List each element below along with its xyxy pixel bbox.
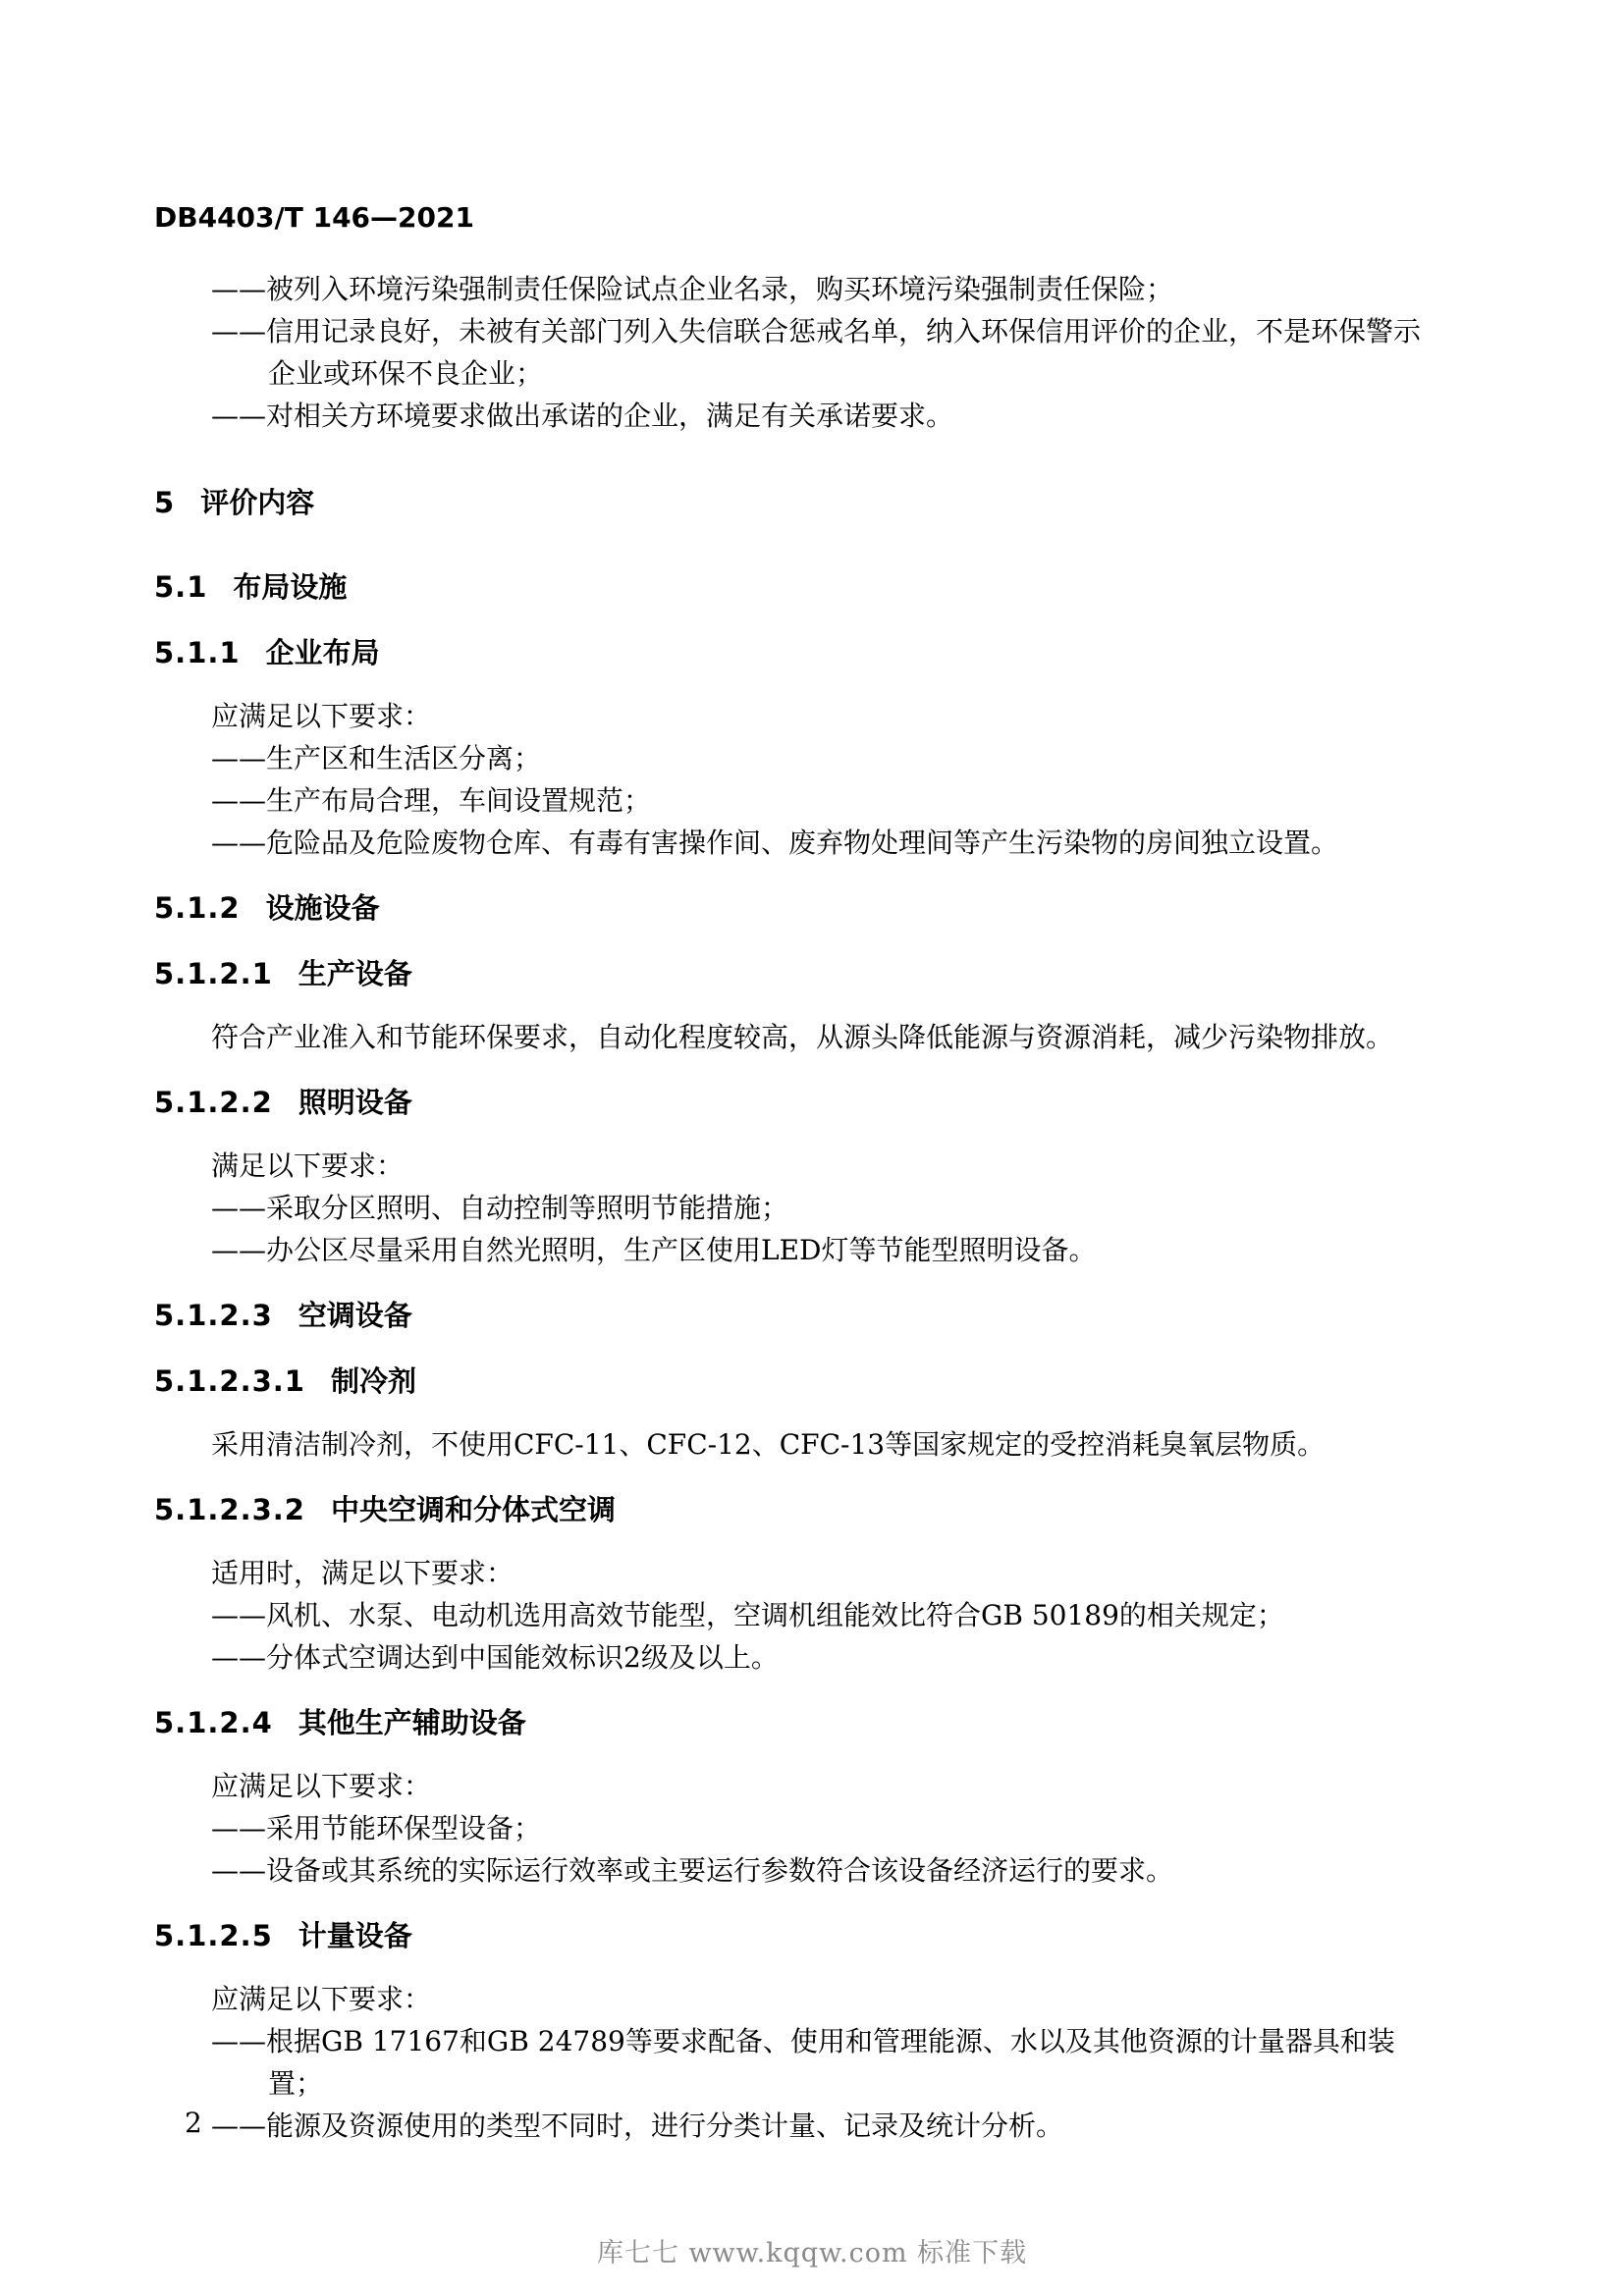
paragraph-lead: 应满足以下要求：: [211, 1978, 1428, 2020]
bullet-item: ——采用节能环保型设备；: [268, 1807, 1428, 1849]
standard-code-header: DB4403/T 146—2021: [154, 196, 1428, 239]
page-number: 2: [185, 2107, 202, 2140]
heading-number: 5: [154, 486, 175, 519]
bullet-item: ——危险品及危险废物仓库、有毒有害操作间、废弃物处理间等产生污染物的房间独立设置…: [268, 822, 1428, 864]
bullet-item: ——生产布局合理，车间设置规范；: [268, 779, 1428, 822]
intro-bullet: ——被列入环境污染强制责任保险试点企业名录，购买环境污染强制责任保险；: [268, 268, 1428, 310]
bullet-item: ——能源及资源使用的类型不同时，进行分类计量、记录及统计分析。: [268, 2105, 1428, 2147]
heading-title: 其他生产辅助设备: [298, 1706, 526, 1739]
heading-title: 设施设备: [266, 891, 380, 925]
heading-5-1: 5.1布局设施: [154, 566, 1428, 609]
watermark-footer: 库七七 www.kqqw.com 标准下载: [0, 2236, 1624, 2271]
paragraph-lead: 适用时，满足以下要求：: [211, 1552, 1428, 1594]
page-content: DB4403/T 146—2021 ——被列入环境污染强制责任保险试点企业名录，…: [0, 0, 1624, 2147]
heading-title: 中央空调和分体式空调: [331, 1493, 616, 1526]
heading-number: 5.1.2.3: [154, 1299, 273, 1332]
bullet-item: ——分体式空调达到中国能效标识2级及以上。: [268, 1636, 1428, 1679]
intro-bullet: ——对相关方环境要求做出承诺的企业，满足有关承诺要求。: [268, 395, 1428, 437]
heading-title: 企业布局: [266, 636, 380, 669]
heading-title: 空调设备: [298, 1299, 412, 1332]
heading-5-1-2-3: 5.1.2.3空调设备: [154, 1295, 1428, 1337]
paragraph-lead: 满足以下要求：: [211, 1145, 1428, 1187]
heading-number: 5.1.2.1: [154, 957, 273, 990]
heading-5-1-2-2: 5.1.2.2照明设备: [154, 1082, 1428, 1124]
heading-number: 5.1.2.2: [154, 1086, 273, 1119]
heading-number: 5.1.2.3.2: [154, 1493, 305, 1526]
heading-number: 5.1.2.4: [154, 1706, 273, 1739]
heading-5-1-2: 5.1.2设施设备: [154, 887, 1428, 930]
heading-title: 评价内容: [200, 486, 314, 519]
paragraph-lead: 应满足以下要求：: [211, 695, 1428, 737]
heading-number: 5.1: [154, 570, 207, 604]
heading-title: 布局设施: [233, 570, 347, 604]
bullet-item: ——生产区和生活区分离；: [268, 737, 1428, 779]
document-page: DB4403/T 146—2021 ——被列入环境污染强制责任保险试点企业名录，…: [0, 0, 1624, 2296]
heading-number: 5.1.2: [154, 891, 241, 925]
bullet-item: ——采取分区照明、自动控制等照明节能措施；: [268, 1187, 1428, 1229]
heading-5-1-2-3-1: 5.1.2.3.1制冷剂: [154, 1361, 1428, 1403]
paragraph-lead: 应满足以下要求：: [211, 1765, 1428, 1807]
heading-5: 5评价内容: [154, 482, 1428, 524]
heading-title: 计量设备: [298, 1919, 412, 1952]
heading-number: 5.1.1: [154, 636, 241, 669]
bullet-item: ——风机、水泵、电动机选用高效节能型，空调机组能效比符合GB 50189的相关规…: [268, 1594, 1428, 1636]
bullet-item: ——根据GB 17167和GB 24789等要求配备、使用和管理能源、水以及其他…: [268, 2020, 1428, 2105]
heading-5-1-2-1: 5.1.2.1生产设备: [154, 953, 1428, 995]
heading-title: 照明设备: [298, 1086, 412, 1119]
heading-5-1-2-3-2: 5.1.2.3.2中央空调和分体式空调: [154, 1489, 1428, 1531]
intro-bullet: ——信用记录良好，未被有关部门列入失信联合惩戒名单，纳入环保信用评价的企业，不是…: [268, 310, 1428, 395]
heading-number: 5.1.2.3.1: [154, 1364, 305, 1398]
heading-5-1-2-4: 5.1.2.4其他生产辅助设备: [154, 1702, 1428, 1744]
heading-5-1-1: 5.1.1企业布局: [154, 632, 1428, 674]
heading-title: 制冷剂: [331, 1364, 416, 1398]
bullet-item: ——设备或其系统的实际运行效率或主要运行参数符合该设备经济运行的要求。: [268, 1849, 1428, 1892]
heading-5-1-2-5: 5.1.2.5计量设备: [154, 1915, 1428, 1957]
paragraph: 符合产业准入和节能环保要求，自动化程度较高，从源头降低能源与资源消耗，减少污染物…: [211, 1016, 1428, 1058]
heading-title: 生产设备: [298, 957, 412, 990]
heading-number: 5.1.2.5: [154, 1919, 273, 1952]
bullet-item: ——办公区尽量采用自然光照明，生产区使用LED灯等节能型照明设备。: [268, 1229, 1428, 1271]
paragraph: 采用清洁制冷剂，不使用CFC-11、CFC-12、CFC-13等国家规定的受控消…: [211, 1423, 1428, 1466]
